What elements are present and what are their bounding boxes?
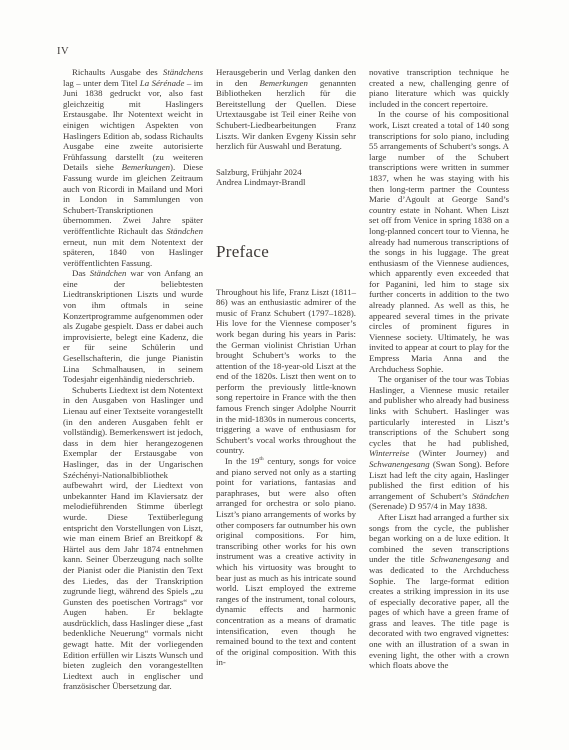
- paragraph-140-transcriptions: In the course of his compositional work,…: [369, 109, 509, 374]
- column-middle: Herausgeberin und Verlag danken den in d…: [216, 67, 356, 692]
- page-number: IV: [57, 46, 69, 57]
- paragraph-acknowledgements: Herausgeberin und Verlag danken den in d…: [216, 67, 356, 152]
- paragraph-transcription-technique: novative transcription technique he crea…: [369, 67, 509, 109]
- column-left-german: Richaults Ausgabe des Ständchens lag – u…: [63, 67, 203, 692]
- signature-place-date: Salzburg, Frühjahr 2024: [216, 167, 356, 178]
- paragraph-liszt-admirer: Throughout his life, Franz Liszt (1811–8…: [216, 287, 356, 457]
- paragraph-deluxe-edition: After Liszt had arranged a further six s…: [369, 512, 509, 671]
- column-right-english: novative transcription technique he crea…: [369, 67, 509, 692]
- paragraph-19th-century-songs: In the 19th century, songs for voice and…: [216, 456, 356, 668]
- paragraph-richault-edition: Richaults Ausgabe des Ständchens lag – u…: [63, 67, 203, 268]
- paragraph-staendchen-popularity: Das Ständchen war von Anfang an eine der…: [63, 268, 203, 385]
- paragraph-liedtext: Schuberts Liedtext ist dem Notentext in …: [63, 385, 203, 692]
- text-columns: Richaults Ausgabe des Ständchens lag – u…: [63, 67, 509, 692]
- signature-name: Andrea Lindmayr-Brandl: [216, 177, 356, 188]
- paragraph-tobias-haslinger: The organiser of the tour was Tobias Has…: [369, 374, 509, 512]
- preface-heading: Preface: [216, 247, 356, 258]
- book-page: IV Richaults Ausgabe des Ständchens lag …: [0, 0, 569, 750]
